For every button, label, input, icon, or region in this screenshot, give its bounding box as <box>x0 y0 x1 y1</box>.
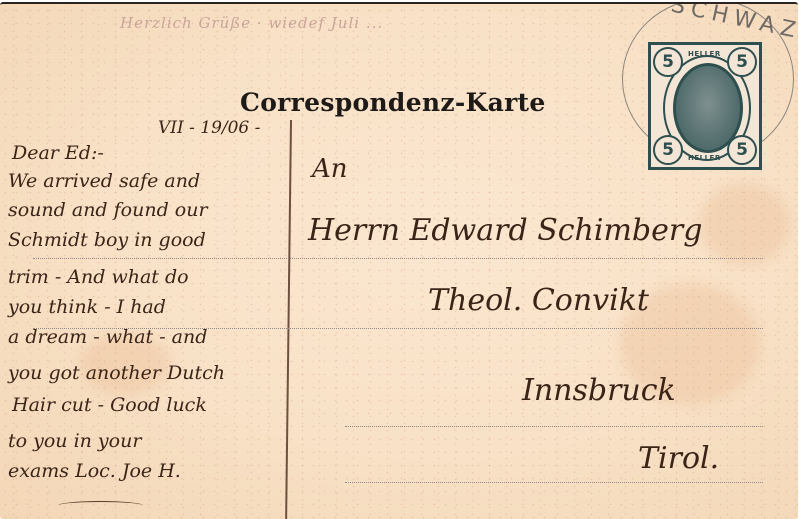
stamp-value-top-right: 5 <box>727 47 757 77</box>
address-recipient: Herrn Edward Schimberg <box>308 216 702 246</box>
vertical-divider <box>285 120 291 519</box>
address-region: Tirol. <box>638 444 719 474</box>
stamp-value-top-left: 5 <box>653 47 683 77</box>
message-line: a dream - what - and <box>8 328 207 347</box>
address-prefix: An <box>312 156 348 182</box>
stamp-value-bottom-left: 5 <box>653 135 683 165</box>
card-title: Correspondenz-Karte <box>240 88 546 117</box>
pencil-note: Herzlich Grüße · wiedef Juli ... <box>120 14 383 32</box>
stamp-currency-top: HELLER <box>688 50 721 58</box>
message-line: sound and found our <box>8 201 208 220</box>
address-city: Innsbruck <box>522 376 676 406</box>
message-line: you got another Dutch <box>8 364 225 383</box>
postcard: Herzlich Grüße · wiedef Juli ... SCHWAZ … <box>0 2 798 519</box>
address-line <box>345 426 763 427</box>
stamp-currency-bottom: HELLER <box>688 154 721 162</box>
message-line: Schmidt boy in good <box>8 231 206 250</box>
message-line: Hair cut - Good luck <box>12 396 207 415</box>
address-line <box>345 482 763 483</box>
message-line: Dear Ed:- <box>12 144 104 163</box>
message-line: trim - And what do <box>8 268 189 287</box>
stamp-value-bottom-right: 5 <box>727 135 757 165</box>
message-date: VII - 19/06 - <box>158 120 260 137</box>
message-line: We arrived safe and <box>8 172 200 191</box>
paper-stain <box>700 184 790 264</box>
message-signature: exams Loc. Joe H. <box>8 462 181 481</box>
message-line: to you in your <box>8 432 141 451</box>
address-line <box>33 258 763 259</box>
postage-stamp: 5 5 5 5 HELLER HELLER <box>648 42 762 170</box>
address-institution: Theol. Convikt <box>428 286 649 316</box>
signature-flourish <box>58 501 143 510</box>
message-line: you think - I had <box>8 298 166 317</box>
